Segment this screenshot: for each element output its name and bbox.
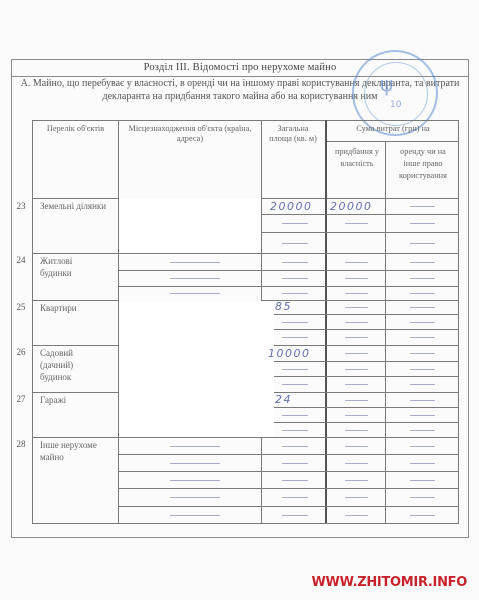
grid-line bbox=[262, 198, 459, 199]
handwritten-area-value: 24 bbox=[275, 393, 292, 406]
grid-line bbox=[262, 232, 459, 233]
grid-line bbox=[32, 345, 118, 346]
dash-mark bbox=[410, 515, 435, 516]
dash-mark bbox=[345, 480, 369, 481]
row-number: 28 bbox=[14, 439, 28, 449]
dash-mark bbox=[345, 278, 369, 279]
grid-line bbox=[32, 120, 33, 523]
grid-line bbox=[262, 214, 459, 215]
grid-line bbox=[262, 422, 459, 423]
header-location: Місцезнаходження об'єкта (країна, адреса… bbox=[120, 124, 260, 144]
grid-line bbox=[32, 300, 118, 301]
grid-line bbox=[458, 120, 459, 523]
grid-line bbox=[119, 471, 459, 472]
dash-mark bbox=[345, 223, 369, 224]
dash-mark bbox=[282, 322, 307, 323]
grid-line bbox=[262, 376, 459, 377]
dash-mark bbox=[282, 384, 307, 385]
grid-line bbox=[119, 506, 459, 507]
dash-mark bbox=[410, 243, 435, 244]
grid-line bbox=[32, 437, 118, 438]
dash-mark bbox=[345, 400, 369, 401]
row-number: 26 bbox=[14, 347, 28, 357]
stamp-number: 10 bbox=[390, 100, 401, 110]
grid-line bbox=[262, 345, 459, 346]
grid-line bbox=[119, 270, 459, 271]
dash-mark bbox=[345, 384, 369, 385]
header-rent: оренду чи на інше право користування bbox=[388, 146, 458, 182]
handwritten-area-value: 10000 bbox=[268, 347, 311, 360]
grid-line bbox=[262, 361, 459, 362]
dash-mark bbox=[345, 497, 369, 498]
trident-emblem-icon: ψ bbox=[380, 72, 393, 96]
dash-mark bbox=[410, 415, 435, 416]
dash-mark bbox=[345, 369, 369, 370]
handwritten-purchase-value: 20000 bbox=[330, 200, 373, 213]
dash-mark bbox=[410, 430, 435, 431]
row-label: Інше нерухоме майно bbox=[40, 439, 118, 463]
site-watermark: WWW.ZHITOMIR.INFO bbox=[312, 575, 467, 590]
grid-line bbox=[119, 253, 261, 254]
grid-line bbox=[326, 141, 459, 142]
header-area: Загальна площа (кв. м) bbox=[262, 124, 324, 144]
dash-mark bbox=[282, 278, 307, 279]
dash-mark bbox=[170, 497, 220, 498]
dash-mark bbox=[170, 293, 220, 294]
dash-mark bbox=[410, 369, 435, 370]
grid-line bbox=[32, 523, 459, 524]
row-label: Гаражі bbox=[40, 394, 115, 406]
grid-line bbox=[325, 120, 327, 524]
stamp-text: · · · · · · · · bbox=[372, 56, 420, 64]
dash-mark bbox=[170, 463, 220, 464]
dash-mark bbox=[410, 384, 435, 385]
dash-mark bbox=[345, 353, 369, 354]
dash-mark bbox=[410, 307, 435, 308]
dash-mark bbox=[170, 262, 220, 263]
header-expenses-group: Сума витрат (грн) на bbox=[328, 124, 458, 134]
dash-mark bbox=[345, 307, 369, 308]
dash-mark bbox=[282, 223, 307, 224]
dash-mark bbox=[410, 497, 435, 498]
grid-line bbox=[119, 454, 459, 455]
dash-mark bbox=[170, 480, 220, 481]
grid-line bbox=[119, 437, 459, 438]
dash-mark bbox=[345, 446, 369, 447]
dash-mark bbox=[282, 415, 307, 416]
grid-line bbox=[32, 120, 459, 121]
dash-mark bbox=[410, 446, 435, 447]
dash-mark bbox=[410, 223, 435, 224]
dash-mark bbox=[345, 515, 369, 516]
dash-mark bbox=[410, 262, 435, 263]
dash-mark bbox=[410, 480, 435, 481]
grid-line bbox=[262, 253, 459, 254]
row-label: Житлові будинки bbox=[40, 255, 100, 279]
grid-line bbox=[32, 198, 118, 199]
dash-mark bbox=[345, 262, 369, 263]
dash-mark bbox=[170, 278, 220, 279]
dash-mark bbox=[345, 463, 369, 464]
dash-mark bbox=[410, 206, 435, 207]
dash-mark bbox=[410, 322, 435, 323]
handwritten-area-value: 85 bbox=[275, 300, 292, 313]
row-label: Садовий (дачний) будинок bbox=[40, 347, 90, 383]
scanned-declaration-page: Розділ III. Відомості про нерухоме майно… bbox=[0, 0, 479, 600]
dash-mark bbox=[410, 400, 435, 401]
dash-mark bbox=[170, 446, 220, 447]
grid-line bbox=[262, 329, 459, 330]
grid-line bbox=[32, 392, 118, 393]
dash-mark bbox=[410, 337, 435, 338]
row-number: 24 bbox=[14, 255, 28, 265]
dash-mark bbox=[282, 480, 307, 481]
dash-mark bbox=[345, 293, 369, 294]
grid-line bbox=[385, 141, 386, 523]
redacted-location bbox=[119, 301, 274, 437]
dash-mark bbox=[282, 515, 307, 516]
dash-mark bbox=[282, 369, 307, 370]
dash-mark bbox=[345, 415, 369, 416]
grid-line bbox=[262, 407, 459, 408]
dash-mark bbox=[410, 463, 435, 464]
row-number: 27 bbox=[14, 394, 28, 404]
dash-mark bbox=[282, 497, 307, 498]
dash-mark bbox=[282, 430, 307, 431]
dash-mark bbox=[345, 337, 369, 338]
row-label: Квартири bbox=[40, 302, 115, 314]
header-objects: Перелік об'єктів bbox=[33, 124, 118, 134]
redacted-location bbox=[119, 199, 261, 253]
grid-line bbox=[32, 253, 118, 254]
dash-mark bbox=[282, 243, 307, 244]
dash-mark bbox=[410, 353, 435, 354]
dash-mark bbox=[410, 293, 435, 294]
dash-mark bbox=[282, 446, 307, 447]
dash-mark bbox=[170, 515, 220, 516]
grid-line bbox=[119, 286, 459, 287]
grid-line bbox=[262, 314, 459, 315]
header-purchase: придбання у власність bbox=[328, 146, 386, 170]
dash-mark bbox=[410, 278, 435, 279]
stamp-inner-ring bbox=[364, 62, 428, 126]
dash-mark bbox=[282, 337, 307, 338]
handwritten-area-value: 20000 bbox=[270, 200, 313, 213]
dash-mark bbox=[282, 262, 307, 263]
grid-line bbox=[119, 488, 459, 489]
row-number: 25 bbox=[14, 302, 28, 312]
dash-mark bbox=[345, 430, 369, 431]
row-label: Земельні ділянки bbox=[40, 200, 110, 212]
dash-mark bbox=[282, 463, 307, 464]
dash-mark bbox=[282, 293, 307, 294]
row-number: 23 bbox=[14, 201, 28, 211]
dash-mark bbox=[345, 322, 369, 323]
